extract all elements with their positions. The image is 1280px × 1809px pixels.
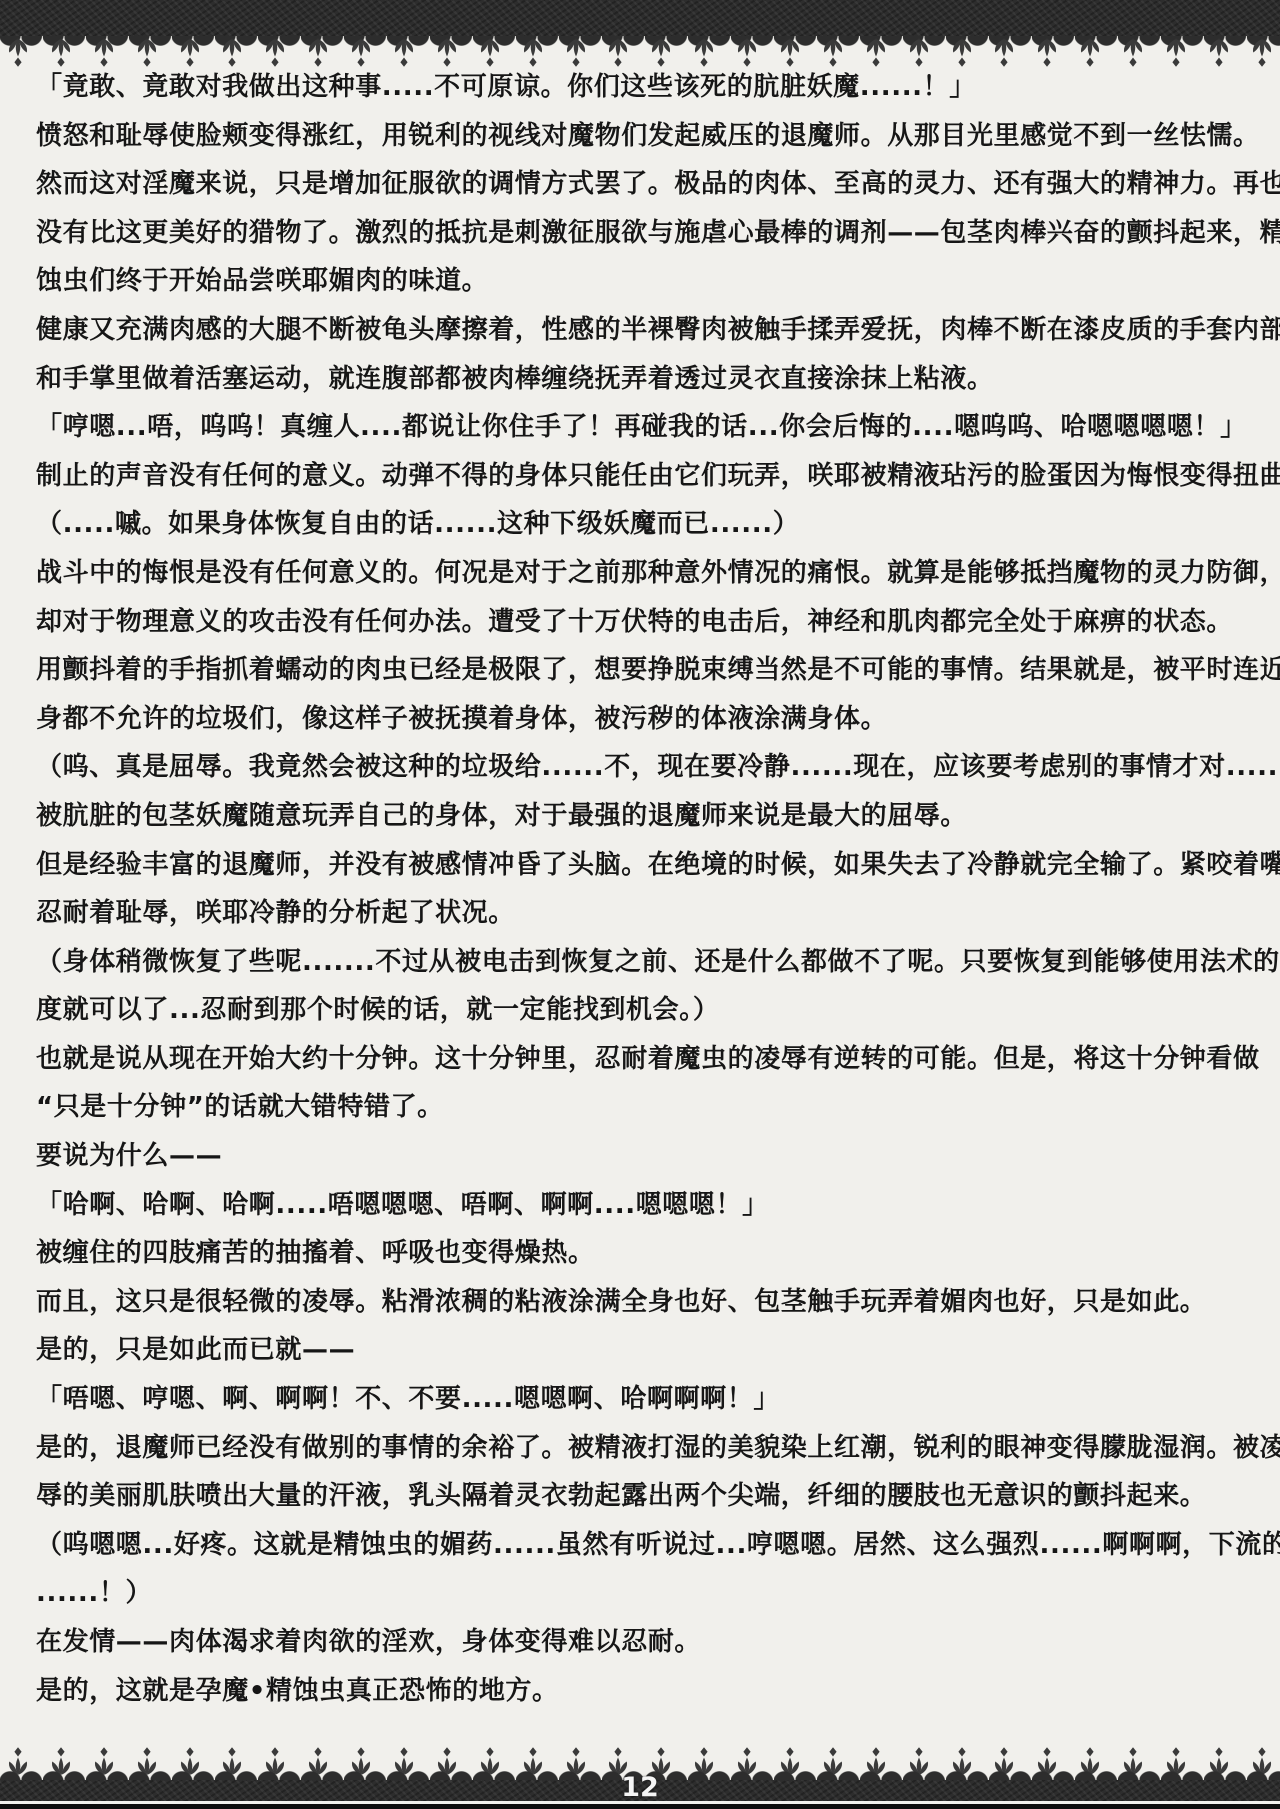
text-line: 要说为什么—— [36,1132,1254,1181]
text-line: 战斗中的悔恨是没有任何意义的。何况是对于之前那种意外情况的痛恨。就算是能够抵挡魔… [36,549,1254,598]
fleur-de-lis-icon [5,37,31,67]
text-line: （呜、真是屈辱。我竟然会被这种的垃圾给......不，现在要冷静......现在… [36,743,1254,792]
text-line: 是的，只是如此而已就—— [36,1326,1254,1375]
text-line: 在发情——肉体渴求着肉欲的淫欢，身体变得难以忍耐。 [36,1618,1254,1667]
text-line: 蚀虫们终于开始品尝咲耶媚肉的味道。 [36,257,1254,306]
text-line: 度就可以了...忍耐到那个时候的话，就一定能找到机会。） [36,986,1254,1035]
text-line: 被缠住的四肢痛苦的抽搐着、呼吸也变得燥热。 [36,1229,1254,1278]
text-line: 身都不允许的垃圾们，像这样子被抚摸着身体，被污秽的体液涂满身体。 [36,695,1254,744]
text-line: （呜嗯嗯...好疼。这就是精蚀虫的媚药......虽然有听说过...哼嗯嗯。居然… [36,1521,1254,1570]
decorative-border-top [0,0,1280,70]
text-line: 然而这对淫魔来说，只是增加征服欲的调情方式罢了。极品的肉体、至高的灵力、还有强大… [36,160,1254,209]
text-line: 也就是说从现在开始大约十分钟。这十分钟里，忍耐着魔虫的凌辱有逆转的可能。但是，将… [36,1035,1254,1084]
text-line: （.....嘁。如果身体恢复自由的话......这种下级妖魔而已......） [36,500,1254,549]
text-line: 但是经验丰富的退魔师，并没有被感情冲昏了头脑。在绝境的时候，如果失去了冷静就完全… [36,841,1254,890]
text-line: 却对于物理意义的攻击没有任何办法。遭受了十万伏特的电击后，神经和肌肉都完全处于麻… [36,598,1254,647]
text-line: 健康又充满肉感的大腿不断被龟头摩擦着，性感的半裸臀肉被触手揉弄爱抚，肉棒不断在漆… [36,306,1254,355]
text-line: 忍耐着耻辱，咲耶冷静的分析起了状况。 [36,889,1254,938]
text-line: 用颤抖着的手指抓着蠕动的肉虫已经是极限了，想要挣脱束缚当然是不可能的事情。结果就… [36,646,1254,695]
bottom-edge-rule [0,1804,1280,1809]
text-line: 「唔嗯、哼嗯、啊、啊啊！不、不要.....嗯嗯啊、哈啊啊啊！」 [36,1375,1254,1424]
body-text: 「竟敢、竟敢对我做出这种事.....不可原谅。你们这些该死的肮脏妖魔......… [36,63,1254,1715]
text-line: 制止的声音没有任何的意义。动弹不得的身体只能任由它们玩弄，咲耶被精液玷污的脸蛋因… [36,452,1254,501]
text-line: 而且，这只是很轻微的凌辱。粘滑浓稠的粘液涂满全身也好、包茎触手玩弄着媚肉也好，只… [36,1278,1254,1327]
text-line: 是的，这就是孕魔•精蚀虫真正恐怖的地方。 [36,1667,1254,1716]
page-number: 12 [0,1772,1280,1803]
document-page: 「竟敢、竟敢对我做出这种事.....不可原谅。你们这些该死的肮脏妖魔......… [0,0,1280,1809]
text-line: 辱的美丽肌肤喷出大量的汗液，乳头隔着灵衣勃起露出两个尖端，纤细的腰肢也无意识的颤… [36,1472,1254,1521]
text-line: 没有比这更美好的猎物了。激烈的抵抗是刺激征服欲与施虐心最棒的调剂——包茎肉棒兴奋… [36,209,1254,258]
text-line: （身体稍微恢复了些呢.......不过从被电击到恢复之前、还是什么都做不了呢。只… [36,938,1254,987]
text-line: 「竟敢、竟敢对我做出这种事.....不可原谅。你们这些该死的肮脏妖魔......… [36,63,1254,112]
text-line: 被肮脏的包茎妖魔随意玩弄自己的身体，对于最强的退魔师来说是最大的屈辱。 [36,792,1254,841]
text-line: ......！） [36,1569,1254,1618]
text-line: 是的，退魔师已经没有做别的事情的余裕了。被精液打湿的美貌染上红潮，锐利的眼神变得… [36,1424,1254,1473]
text-line: “只是十分钟”的话就大错特错了。 [36,1083,1254,1132]
decorative-border-bottom: 12 [0,1739,1280,1809]
text-line: 「哈啊、哈啊、哈啊.....唔嗯嗯嗯、唔啊、啊啊....嗯嗯嗯！」 [36,1181,1254,1230]
text-line: 「哼嗯...唔，呜呜！真缠人....都说让你住手了！再碰我的话...你会后悔的.… [36,403,1254,452]
top-border-band [0,0,1280,36]
text-line: 和手掌里做着活塞运动，就连腹部都被肉棒缠绕抚弄着透过灵衣直接涂抹上粘液。 [36,355,1254,404]
text-line: 愤怒和耻辱使脸颊变得涨红，用锐利的视线对魔物们发起威压的退魔师。从那目光里感觉不… [36,112,1254,161]
